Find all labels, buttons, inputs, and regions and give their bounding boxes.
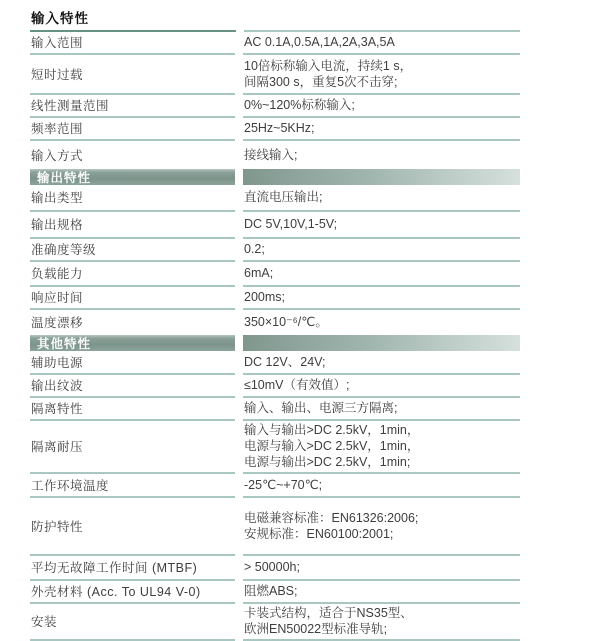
spec-row-output-spec: 输出规格 DC 5V,10V,1-5V; bbox=[30, 212, 520, 239]
spec-row-isolation-voltage: 隔离耐压 输入与输出>DC 2.5kV，1min， 电源与输入>DC 2.5kV… bbox=[30, 421, 520, 474]
spec-row-aux-power: 辅助电源 DC 12V、24V; bbox=[30, 351, 520, 375]
row-label: 输出规格 bbox=[30, 212, 235, 239]
spec-row-case-material: 外壳材料 (Acc. To UL94 V-0) 阻燃ABS; bbox=[30, 581, 520, 604]
row-label: 输出类型 bbox=[30, 185, 235, 212]
row-value: 0%~120%标称输入; bbox=[243, 95, 520, 118]
spec-row-temp-drift: 温度漂移 350×10⁻⁶/℃。 bbox=[30, 310, 520, 335]
spec-row-mtbf: 平均无故障工作时间 (MTBF) > 50000h; bbox=[30, 556, 520, 581]
spec-row-isolation: 隔离特性 输入、输出、电源三方隔离; bbox=[30, 398, 520, 421]
row-label: 辅助电源 bbox=[30, 351, 235, 375]
section-bar-output: 输出特性 bbox=[30, 169, 520, 185]
spec-row-operating-temp: 工作环境温度 -25℃~+70℃; bbox=[30, 474, 520, 498]
section-label: 输出特性 bbox=[30, 169, 235, 185]
spec-row-output-ripple: 输出纹波 ≤10mV（有效值）; bbox=[30, 375, 520, 398]
row-value: 0.2; bbox=[243, 239, 520, 262]
row-value: 200ms; bbox=[243, 287, 520, 310]
spec-row-mounting: 安装 卡装式结构，适合于NS35型、 欧洲EN50022型标准导轨; bbox=[30, 604, 520, 641]
spec-row-input-range: 输入范围 AC 0.1A,0.5A,1A,2A,3A,5A bbox=[30, 32, 520, 55]
spec-row-linear-range: 线性测量范围 0%~120%标称输入; bbox=[30, 95, 520, 118]
table-title: 输入特性 bbox=[30, 6, 236, 32]
row-value: 直流电压输出; bbox=[243, 185, 520, 212]
row-label: 响应时间 bbox=[30, 287, 235, 310]
row-label: 平均无故障工作时间 (MTBF) bbox=[30, 556, 235, 581]
row-label: 准确度等级 bbox=[30, 239, 235, 262]
spec-row-frequency-range: 频率范围 25Hz~5KHz; bbox=[30, 118, 520, 141]
spec-row-short-overload: 短时过载 10倍标称输入电流，持续1 s， 间隔300 s，重复5次不击穿; bbox=[30, 55, 520, 95]
row-value: DC 5V,10V,1-5V; bbox=[243, 212, 520, 239]
row-value: 10倍标称输入电流，持续1 s， 间隔300 s，重复5次不击穿; bbox=[243, 55, 520, 95]
section-bar-gradient bbox=[243, 335, 520, 351]
row-value: 6mA; bbox=[243, 262, 520, 287]
row-value: 350×10⁻⁶/℃。 bbox=[243, 310, 520, 335]
row-value: ≤10mV（有效值）; bbox=[243, 375, 520, 398]
section-bar-gradient bbox=[243, 169, 520, 185]
spec-row-protection: 防护特性 电磁兼容标准：EN61326:2006; 安规标准：EN60100:2… bbox=[30, 498, 520, 556]
section-label: 其他特性 bbox=[30, 335, 235, 351]
row-value: 阻燃ABS; bbox=[243, 581, 520, 604]
row-label: 短时过载 bbox=[30, 55, 235, 95]
section-bar-other: 其他特性 bbox=[30, 335, 520, 351]
spec-row-input-mode: 输入方式 接线输入; bbox=[30, 141, 520, 169]
spec-row-accuracy: 准确度等级 0.2; bbox=[30, 239, 520, 262]
spec-row-response-time: 响应时间 200ms; bbox=[30, 287, 520, 310]
row-label: 工作环境温度 bbox=[30, 474, 235, 498]
row-label: 温度漂移 bbox=[30, 310, 235, 335]
row-value: 输入与输出>DC 2.5kV，1min， 电源与输入>DC 2.5kV，1min… bbox=[243, 421, 520, 474]
row-label: 频率范围 bbox=[30, 118, 235, 141]
row-value: 接线输入; bbox=[243, 141, 520, 169]
row-value: 卡装式结构，适合于NS35型、 欧洲EN50022型标准导轨; bbox=[243, 604, 520, 641]
row-label: 输入范围 bbox=[30, 32, 235, 55]
title-underline-right bbox=[244, 6, 520, 32]
spec-row-output-type: 输出类型 直流电压输出; bbox=[30, 185, 520, 212]
row-value: DC 12V、24V; bbox=[243, 351, 520, 375]
row-value: 电磁兼容标准：EN61326:2006; 安规标准：EN60100:2001; bbox=[243, 498, 520, 556]
row-label: 隔离特性 bbox=[30, 398, 235, 421]
row-label: 线性测量范围 bbox=[30, 95, 235, 118]
row-label: 防护特性 bbox=[30, 498, 235, 556]
spec-table: 输入特性 输入范围 AC 0.1A,0.5A,1A,2A,3A,5A 短时过载 … bbox=[30, 6, 520, 641]
row-label: 安装 bbox=[30, 604, 235, 641]
spec-row-load-capacity: 负载能力 6mA; bbox=[30, 262, 520, 287]
row-label: 输出纹波 bbox=[30, 375, 235, 398]
row-label: 输入方式 bbox=[30, 141, 235, 169]
row-value: 25Hz~5KHz; bbox=[243, 118, 520, 141]
row-label: 隔离耐压 bbox=[30, 421, 235, 474]
table-title-row: 输入特性 bbox=[30, 6, 520, 32]
row-label: 外壳材料 (Acc. To UL94 V-0) bbox=[30, 581, 235, 604]
row-value: 输入、输出、电源三方隔离; bbox=[243, 398, 520, 421]
row-label: 负载能力 bbox=[30, 262, 235, 287]
spec-page: 输入特性 输入范围 AC 0.1A,0.5A,1A,2A,3A,5A 短时过载 … bbox=[0, 0, 598, 628]
row-value: AC 0.1A,0.5A,1A,2A,3A,5A bbox=[243, 32, 520, 55]
row-value: > 50000h; bbox=[243, 556, 520, 581]
row-value: -25℃~+70℃; bbox=[243, 474, 520, 498]
